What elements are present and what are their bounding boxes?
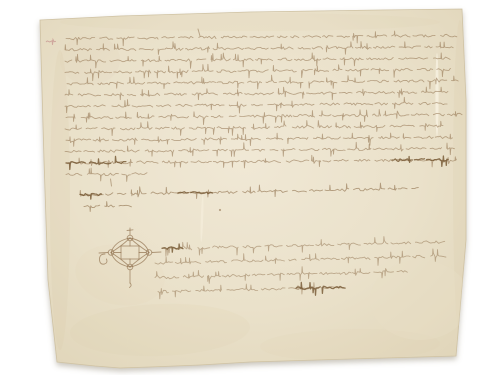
manuscript-photo: [0, 0, 500, 375]
parchment-blotch: [435, 53, 438, 137]
parchment-blotch: [50, 50, 70, 350]
parchment-blotch: [60, 13, 440, 31]
parchment-scene: [0, 0, 500, 375]
sign-arm-left: [99, 253, 108, 254]
ink-dot: [219, 209, 221, 211]
sign-arm-right: [152, 252, 161, 253]
